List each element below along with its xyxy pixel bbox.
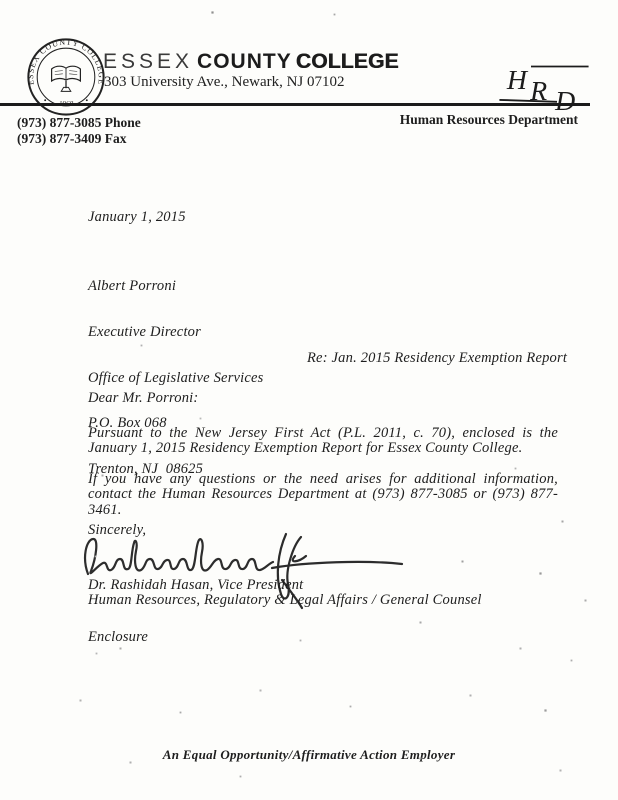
wordmark-essex: ESSEX [103,50,193,73]
scan-noise [0,0,1,1]
closing: Sincerely, [88,522,146,539]
enclosure-note: Enclosure [88,629,148,646]
signer-title: Human Resources, Regulatory & Legal Affa… [88,592,482,609]
letter-date: January 1, 2015 [88,209,186,226]
body-paragraph-1: Pursuant to the New Jersey First Act (P.… [88,426,558,457]
fax-number: (973) 877-3409 Fax [17,131,126,147]
wordmark-college: COLLEGE [296,50,399,73]
monogram-h: H [506,65,529,96]
recipient-name: Albert Porroni [88,279,264,294]
eeo-footer: An Equal Opportunity/Affirmative Action … [0,747,618,763]
letter-page: ESSEX COUNTY COLLEGE 1968 ESSEXCOUNTYCOL… [0,0,618,800]
college-wordmark: ESSEXCOUNTYCOLLEGE [103,51,399,72]
recipient-address-block: Albert Porroni Executive Director Office… [88,249,264,507]
subject-line: Re: Jan. 2015 Residency Exemption Report [307,350,567,367]
phone-number: (973) 877-3085 Phone [17,115,141,131]
open-book-icon [52,66,81,91]
salutation: Dear Mr. Porroni: [88,390,198,407]
wordmark-county: COUNTY [197,50,292,73]
college-address: 303 University Ave., Newark, NJ 07102 [104,74,345,91]
body-paragraph-2: If you have any questions or the need ar… [88,472,558,518]
recipient-title: Executive Director [88,325,264,340]
monogram-d: D [554,86,575,112]
department-name: Human Resources Department [400,112,578,128]
letterhead-rule [0,103,590,106]
recipient-office: Office of Legislative Services [88,371,264,386]
